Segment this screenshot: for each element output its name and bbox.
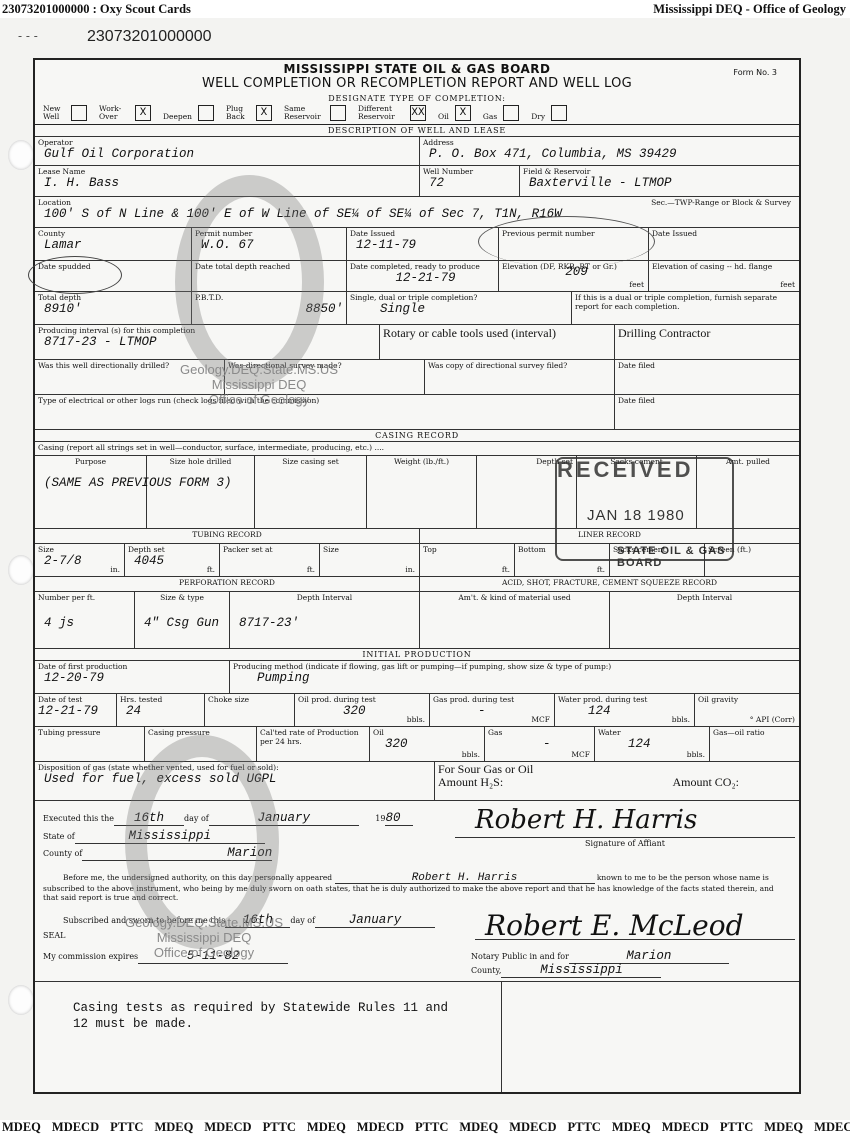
initial-production-heading: INITIAL PRODUCTION (35, 649, 799, 661)
casing-note: Casing (report all strings set in well—c… (35, 442, 799, 455)
oil-rate-field[interactable]: Oil320bbls. (370, 727, 485, 761)
type-new-well: New Well (43, 105, 87, 121)
type-plug-back: Plug BackX (226, 105, 272, 121)
header-document-title: 23073201000000 : Oxy Scout Cards (2, 2, 191, 17)
tubing-pressure-field[interactable]: Tubing pressure (35, 727, 145, 761)
choke-size-field[interactable]: Choke size (205, 694, 295, 726)
county-field[interactable]: CountyLamar (35, 228, 192, 260)
casing-col-purpose: Purpose(SAME AS PREVIOUS FORM 3) (35, 456, 147, 528)
footer-agencies: MDEQMDECDPTTCMDEQMDECDPTTCMDEQMDECDPTTCM… (0, 1120, 850, 1139)
location-field[interactable]: LocationSec.—TWP-Range or Block & Survey… (35, 197, 799, 227)
gas-oil-ratio-field[interactable]: Gas—oil ratio (710, 727, 799, 761)
survey-copy-field[interactable]: Was copy of directional survey filed? (425, 360, 615, 394)
form-number: Form No. 3 (733, 68, 777, 77)
location-circle-annotation (478, 216, 655, 267)
watermark-text: Geology.DEQ.State.MS.USMississippi DEQOf… (180, 362, 338, 407)
perf-depth-col: Depth Interval8717-23' (230, 592, 420, 648)
tubing-record-heading: TUBING RECORD (35, 529, 420, 543)
completion-kind-field[interactable]: Single, dual or triple completion?Single (347, 292, 572, 324)
affiant-signature: Robert H. Harris (475, 805, 697, 835)
checkbox-different-reservoir[interactable]: XX (410, 105, 426, 121)
form-title-board: MISSISSIPPI STATE OIL & GAS BOARD (35, 62, 799, 76)
document-id: 23073201000000 (87, 28, 212, 46)
tubing-size-field[interactable]: Size2-7/8in. (35, 544, 125, 576)
producing-method-field[interactable]: Producing method (indicate if flowing, g… (230, 661, 799, 693)
casing-row-text: (SAME AS PREVIOUS FORM 3) (38, 476, 143, 490)
drilling-contractor-field[interactable]: Drilling Contractor (615, 325, 799, 359)
liner-top-field[interactable]: Topft. (420, 544, 515, 576)
date-of-test-field[interactable]: Date of test12-21-79 (35, 694, 117, 726)
checkbox-oil[interactable]: X (455, 105, 471, 121)
notes-section: Casing tests as required by Statewide Ru… (35, 982, 799, 1092)
date-filed-1-field[interactable]: Date filed (615, 360, 799, 394)
notes-blank (502, 982, 799, 1092)
casing-record-heading: CASING RECORD (35, 430, 799, 442)
oil-gravity-field[interactable]: Oil gravity° API (Corr) (695, 694, 799, 726)
field-reservoir-field[interactable]: Field & ReservoirBaxterville - LTMOP (520, 166, 799, 196)
acid-material-col: Am't. & kind of material used (420, 592, 610, 648)
total-depth-field[interactable]: Total depth8910' (35, 292, 192, 324)
type-work-over: Work-OverX (99, 105, 151, 121)
first-production-field[interactable]: Date of first production12-20-79 (35, 661, 230, 693)
rotary-tools-field[interactable]: Rotary or cable tools used (interval) (380, 325, 615, 359)
type-same-reservoir: Same Reservoir (284, 105, 346, 121)
date-filed-2-field[interactable]: Date filed (615, 395, 799, 429)
perf-number-col: Number per ft.4 js (35, 592, 135, 648)
county-circle-annotation (28, 256, 122, 294)
tubing-depth-field[interactable]: Depth set4045ft. (125, 544, 220, 576)
elevation-casing-field[interactable]: Elevation of casing -- hd. flangefeet (649, 261, 799, 291)
checkbox-gas[interactable] (503, 105, 519, 121)
subscribed-month[interactable]: January (315, 913, 435, 928)
seal-label: SEAL (43, 931, 65, 940)
header-agency: Mississippi DEQ - Office of Geology (653, 2, 846, 17)
checkbox-deepen[interactable] (198, 105, 214, 121)
casing-col-weight: Weight (lb./ft.) (367, 456, 477, 528)
designate-heading: DESIGNATE TYPE OF COMPLETION: (35, 94, 799, 103)
date-issued-field[interactable]: Date Issued12-11-79 (347, 228, 499, 260)
checkbox-same-reservoir[interactable] (330, 105, 346, 121)
casing-test-note: Casing tests as required by Statewide Ru… (35, 982, 502, 1092)
appeared-name: Robert H. Harris (335, 874, 595, 884)
hrs-tested-field[interactable]: Hrs. tested24 (117, 694, 205, 726)
type-deepen: Deepen (163, 105, 214, 121)
address-field[interactable]: AddressP. O. Box 471, Columbia, MS 39429 (420, 137, 799, 165)
scan-marks: - - - (18, 29, 38, 43)
perf-size-col: Size & type4" Csg Gun (135, 592, 230, 648)
checkbox-plug-back[interactable]: X (256, 105, 272, 121)
punch-hole (8, 985, 34, 1015)
water-rate-field[interactable]: Water124bbls. (595, 727, 710, 761)
type-gas: Gas (483, 105, 519, 121)
date-issued-2-field[interactable]: Date Issued (649, 228, 799, 260)
executed-year[interactable]: 80 (385, 811, 413, 826)
date-completed-field[interactable]: Date completed, ready to produce12-21-79 (347, 261, 499, 291)
checkbox-dry[interactable] (551, 105, 567, 121)
checkbox-work-over[interactable]: X (135, 105, 151, 121)
viewer-header: 23073201000000 : Oxy Scout Cards Mississ… (0, 0, 850, 18)
liner-size-field[interactable]: Sizein. (320, 544, 420, 576)
gas-test-field[interactable]: Gas prod. during test-MCF (430, 694, 555, 726)
punch-hole (8, 555, 34, 585)
well-number-field[interactable]: Well Number72 (420, 166, 520, 196)
perforation-heading: PERFORATION RECORD (35, 577, 420, 591)
checkbox-new-well[interactable] (71, 105, 87, 121)
notary-signature: Robert E. McLeod (485, 909, 744, 942)
casing-col-size-casing: Size casing set (255, 456, 367, 528)
calculated-rate-label: Cal'ted rate of Production per 24 hrs. (257, 727, 370, 761)
type-dry: Dry (531, 105, 567, 121)
received-stamp: RECEIVED JAN 18 1980 STATE OIL & GAS BOA… (555, 457, 734, 561)
perforation-table: Number per ft.4 js Size & type4" Csg Gun… (35, 592, 799, 649)
dual-completion-note: If this is a dual or triple completion, … (572, 292, 799, 324)
received-date: JAN 18 1980 (587, 507, 685, 524)
acid-depth-col: Depth Interval (610, 592, 799, 648)
water-test-field[interactable]: Water prod. during test124bbls. (555, 694, 695, 726)
notary-state[interactable]: Mississippi (501, 963, 661, 978)
gas-rate-field[interactable]: Gas-MCF (485, 727, 595, 761)
affiant-caption: Signature of Affiant (455, 837, 795, 848)
punch-hole (8, 140, 34, 170)
operator-field[interactable]: OperatorGulf Oil Corporation (35, 137, 420, 165)
description-heading: DESCRIPTION OF WELL AND LEASE (35, 125, 799, 137)
oil-test-field[interactable]: Oil prod. during test320bbls. (295, 694, 430, 726)
watermark-text: Geology.DEQ.State.MS.USMississippi DEQOf… (125, 915, 283, 960)
completion-type-row: New Well Work-OverX Deepen Plug BackX Sa… (35, 105, 799, 125)
watermark-logo-icon (175, 175, 324, 389)
acid-heading: ACID, SHOT, FRACTURE, CEMENT SQUEEZE REC… (420, 577, 799, 591)
notary-county[interactable]: Marion (569, 949, 729, 964)
packer-set-field[interactable]: Packer set atft. (220, 544, 320, 576)
sour-gas-field[interactable]: For Sour Gas or OilAmount H₂S:Amount CO₂… (435, 762, 799, 800)
form-title-report: WELL COMPLETION OR RECOMPLETION REPORT A… (35, 76, 799, 91)
type-different-reservoir: Different ReservoirXX (358, 105, 426, 121)
casing-col-size-hole: Size hole drilled (147, 456, 255, 528)
type-oil: OilX (438, 105, 471, 121)
